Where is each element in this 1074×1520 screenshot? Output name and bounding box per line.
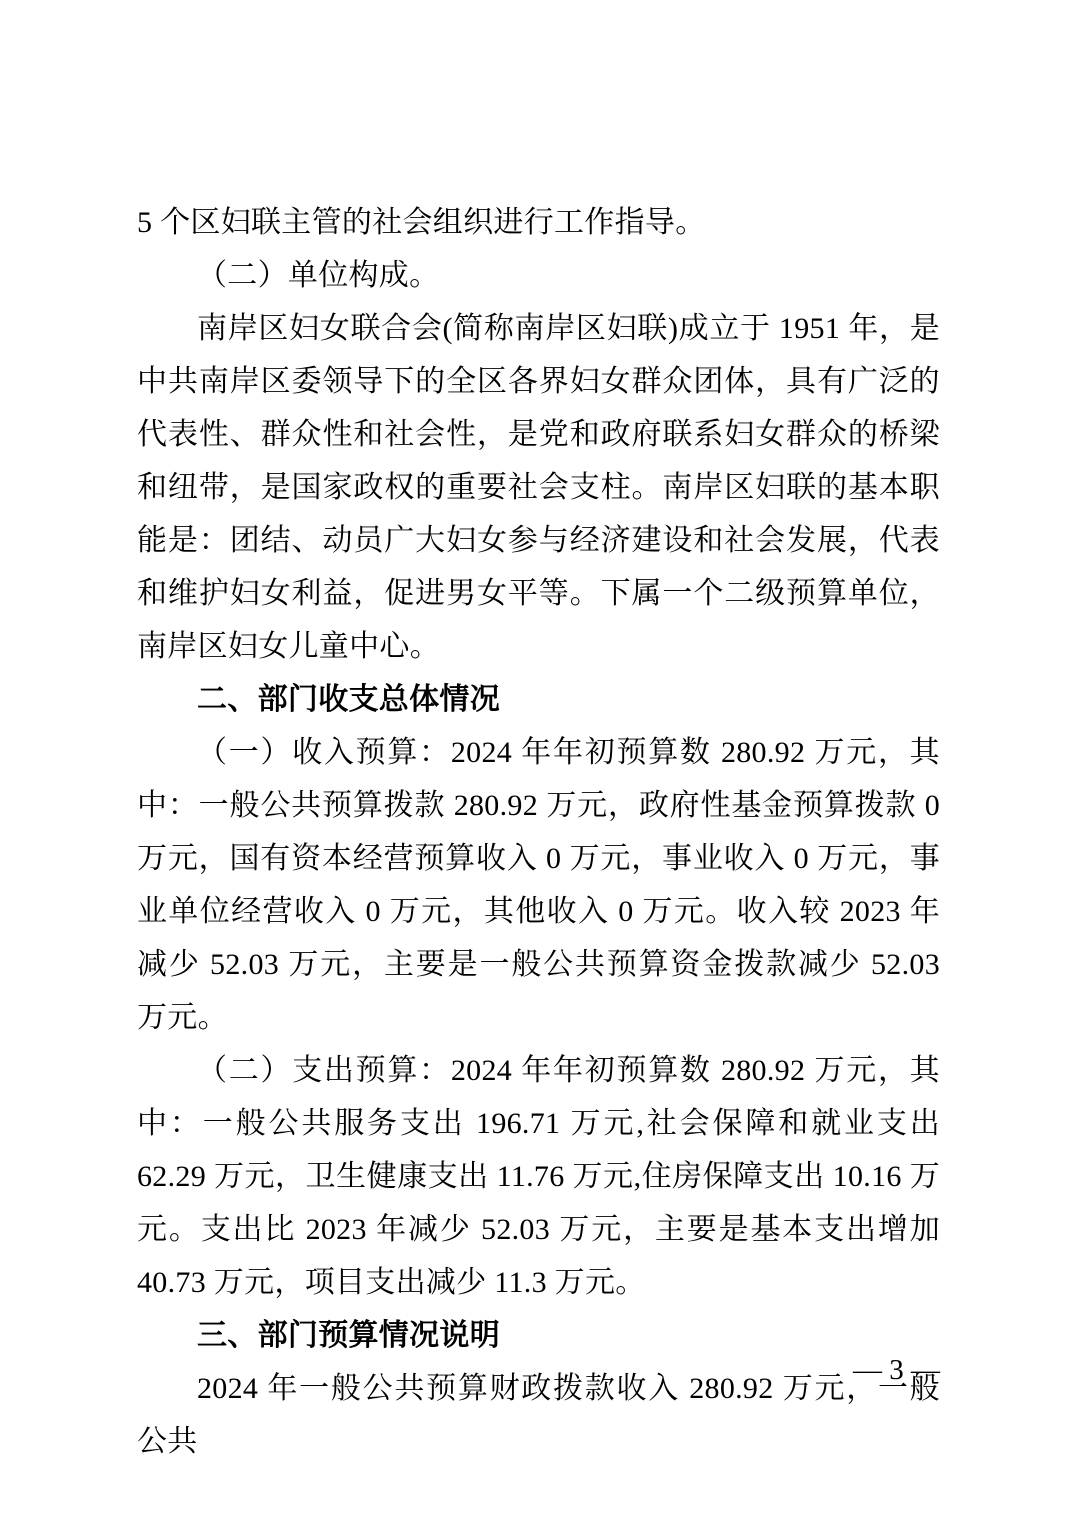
paragraph-unit-composition-subheading: （二）单位构成。	[137, 249, 940, 302]
paragraph-fiscal-allocation-cutoff: 2024 年一般公共预算财政拨款收入 280.92 万元，一般公共	[137, 1362, 940, 1468]
page-number: — 3 —	[853, 1352, 940, 1388]
paragraph-social-org-guidance: 5 个区妇联主管的社会组织进行工作指导。	[137, 196, 940, 249]
document-body: 5 个区妇联主管的社会组织进行工作指导。 （二）单位构成。 南岸区妇女联合会(简…	[137, 196, 940, 1468]
paragraph-revenue-budget: （一）收入预算：2024 年年初预算数 280.92 万元，其中：一般公共预算拨…	[137, 726, 940, 1044]
document-page: 5 个区妇联主管的社会组织进行工作指导。 （二）单位构成。 南岸区妇女联合会(简…	[0, 0, 1074, 1520]
paragraph-expenditure-budget: （二）支出预算：2024 年年初预算数 280.92 万元，其中：一般公共服务支…	[137, 1044, 940, 1309]
paragraph-federation-introduction: 南岸区妇女联合会(简称南岸区妇联)成立于 1951 年，是中共南岸区委领导下的全…	[137, 302, 940, 673]
section-heading-budget-explanation: 三、部门预算情况说明	[137, 1309, 940, 1362]
section-heading-revenue-expenditure-overview: 二、部门收支总体情况	[137, 673, 940, 726]
